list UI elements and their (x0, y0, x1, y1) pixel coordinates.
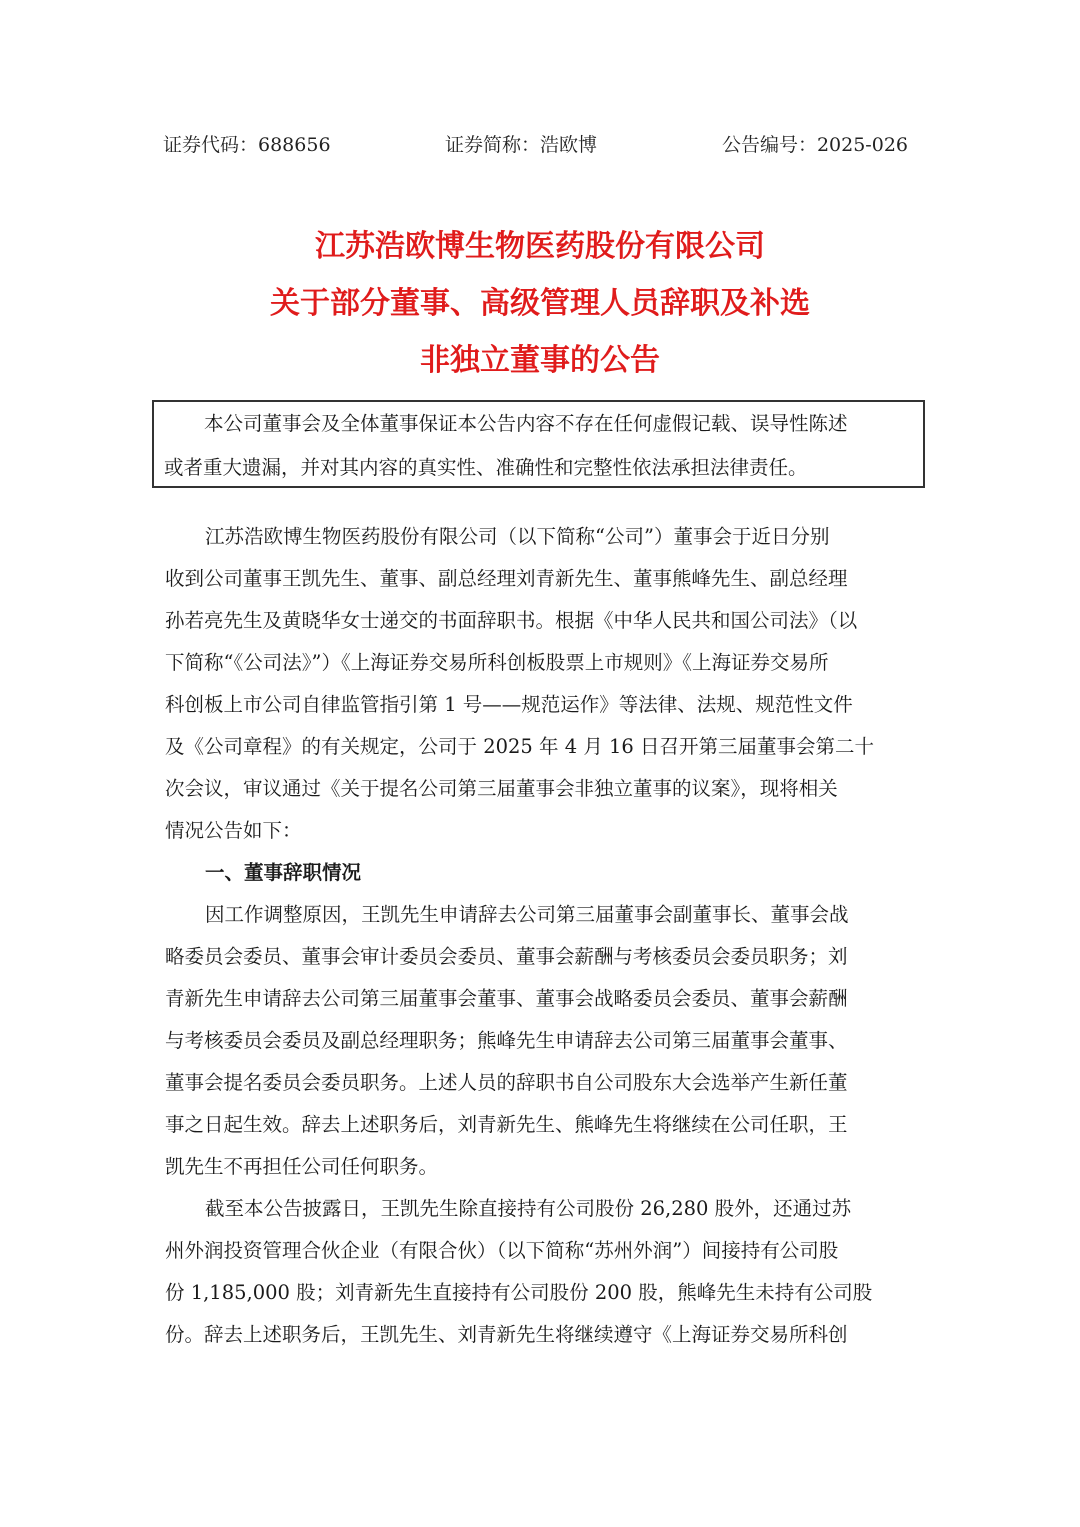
paragraph-line: 收到公司董事王凯先生、董事、副总经理刘青新先生、董事熊峰先生、副总经理 (165, 558, 917, 600)
paragraph-line: 董事会提名委员会委员职务。上述人员的辞职书自公司股东大会选举产生新任董 (165, 1062, 917, 1104)
shareholding-paragraph: 截至本公告披露日，王凯先生除直接持有公司股份 26,280 股外，还通过苏 州外… (165, 1188, 917, 1356)
paragraph-line: 凯先生不再担任公司任何职务。 (165, 1146, 917, 1188)
paragraph-line: 情况公告如下： (165, 810, 917, 852)
paragraph-line: 下简称“《公司法》”）《上海证券交易所科创板股票上市规则》《上海证券交易所 (165, 642, 917, 684)
document-body: 江苏浩欧博生物医药股份有限公司（以下简称“公司”）董事会于近日分别 收到公司董事… (165, 516, 917, 1356)
paragraph-line: 科创板上市公司自律监管指引第 1 号——规范运作》等法律、法规、规范性文件 (165, 684, 917, 726)
paragraph-line: 孙若亮先生及黄晓华女士递交的书面辞职书。根据《中华人民共和国公司法》（以 (165, 600, 917, 642)
paragraph-line: 江苏浩欧博生物医药股份有限公司（以下简称“公司”）董事会于近日分别 (165, 516, 917, 558)
security-abbreviation: 证券简称：浩欧博 (445, 130, 597, 157)
paragraph-line: 截至本公告披露日，王凯先生除直接持有公司股份 26,280 股外，还通过苏 (165, 1188, 917, 1230)
paragraph-line: 份。辞去上述职务后，王凯先生、刘青新先生将继续遵守《上海证券交易所科创 (165, 1314, 917, 1356)
paragraph-line: 青新先生申请辞去公司第三届董事会董事、董事会战略委员会委员、董事会薪酬 (165, 978, 917, 1020)
paragraph-line: 与考核委员会委员及副总经理职务；熊峰先生申请辞去公司第三届董事会董事、 (165, 1020, 917, 1062)
paragraph-line: 略委员会委员、董事会审计委员会委员、董事会薪酬与考核委员会委员职务；刘 (165, 936, 917, 978)
intro-paragraph: 江苏浩欧博生物医药股份有限公司（以下简称“公司”）董事会于近日分别 收到公司董事… (165, 516, 917, 852)
document-title: 江苏浩欧博生物医药股份有限公司 关于部分董事、高级管理人员辞职及补选 非独立董事… (0, 218, 1080, 389)
announcement-number: 公告编号：2025-026 (722, 130, 908, 157)
paragraph-line: 次会议，审议通过《关于提名公司第三届董事会非独立董事的议案》，现将相关 (165, 768, 917, 810)
document-page: 证券代码：688656 证券简称：浩欧博 公告编号：2025-026 江苏浩欧博… (0, 0, 1080, 1527)
title-line-3: 非独立董事的公告 (0, 332, 1080, 389)
section-heading-director-resignation: 一、董事辞职情况 (165, 852, 917, 894)
title-line-1: 江苏浩欧博生物医药股份有限公司 (0, 218, 1080, 275)
paragraph-line: 事之日起生效。辞去上述职务后，刘青新先生、熊峰先生将继续在公司任职，王 (165, 1104, 917, 1146)
board-guarantee-notice: 本公司董事会及全体董事保证本公告内容不存在任何虚假记载、误导性陈述 或者重大遗漏… (152, 400, 925, 488)
announcement-header: 证券代码：688656 证券简称：浩欧博 公告编号：2025-026 (163, 130, 908, 160)
paragraph-line: 州外润投资管理合伙企业（有限合伙）（以下简称“苏州外润”）间接持有公司股 (165, 1230, 917, 1272)
notice-line: 或者重大遗漏，并对其内容的真实性、准确性和完整性依法承担法律责任。 (164, 446, 913, 490)
resignation-details-paragraph: 因工作调整原因，王凯先生申请辞去公司第三届董事会副董事长、董事会战 略委员会委员… (165, 894, 917, 1188)
security-code: 证券代码：688656 (163, 130, 331, 157)
paragraph-line: 因工作调整原因，王凯先生申请辞去公司第三届董事会副董事长、董事会战 (165, 894, 917, 936)
paragraph-line: 及《公司章程》的有关规定，公司于 2025 年 4 月 16 日召开第三届董事会… (165, 726, 917, 768)
paragraph-line: 份 1,185,000 股；刘青新先生直接持有公司股份 200 股，熊峰先生未持… (165, 1272, 917, 1314)
notice-line: 本公司董事会及全体董事保证本公告内容不存在任何虚假记载、误导性陈述 (164, 402, 913, 446)
title-line-2: 关于部分董事、高级管理人员辞职及补选 (0, 275, 1080, 332)
